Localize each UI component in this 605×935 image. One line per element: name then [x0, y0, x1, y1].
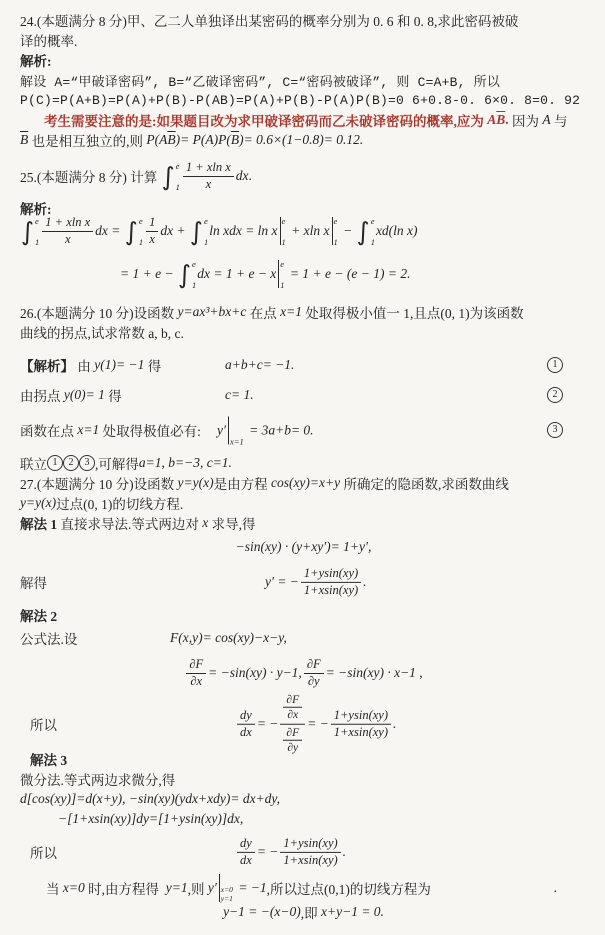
integral: ∫e1 — [21, 215, 39, 248]
text-run: 解法 2 — [20, 605, 57, 625]
math-run: y(1)= −1 — [94, 357, 144, 373]
text-run: 由拐点 — [20, 385, 64, 405]
text-run: 函数在点 — [20, 420, 77, 440]
p27-tangent-line-2: y−1 = −(x−0),即 x+y−1 = 0. — [20, 901, 587, 923]
text-run: 在点 — [246, 302, 280, 322]
integral-lower-limit: 1 — [204, 238, 208, 247]
fraction: dydx — [237, 836, 255, 868]
integral-limits: e1 — [370, 215, 375, 248]
math-run: y′ — [208, 880, 217, 896]
text-run: 微分法.等式两边求微分,得 — [20, 769, 175, 789]
fraction: 1+ysin(xy)1+xsin(xy) — [301, 566, 361, 598]
eval-bar-lower-limit: x=1 — [230, 437, 244, 446]
text-run: 所确定的隐函数,求函数曲线 — [340, 473, 509, 493]
math-run: y′ — [217, 422, 226, 438]
math-run: x — [65, 232, 71, 246]
p27-method2-partials-line: ∂F∂x= −sin(xy) · y−1,∂F∂y= −sin(xy) · x−… — [20, 651, 587, 695]
integral-lower-limit: 1 — [192, 281, 196, 290]
math-run: xd(ln x) — [376, 223, 418, 239]
text-run: 直接求导法.等式两边对 — [57, 513, 202, 533]
text-run: 解得 — [20, 572, 47, 592]
row-formula: c= 1. — [225, 387, 254, 403]
math-run: y=y(x) — [20, 495, 56, 511]
p24-note-line-2: B 也是相互独立的,则 P(AB)= P(A)P(B)= 0.6×(1−0.8)… — [20, 130, 587, 150]
p24-note-line-1: 考生需要注意的是:如果题目改为求甲破译密码而乙未破译密码的概率,应为 AB. 因… — [20, 110, 587, 130]
math-run: = 3a+b= 0. — [246, 422, 314, 438]
text-run: 时,由方程得 — [85, 878, 166, 898]
math-run: A — [487, 112, 496, 128]
fraction-denominator: dx — [237, 725, 255, 741]
eval-bar: x=0y=1 — [219, 872, 233, 905]
fraction: ∂F∂x — [186, 657, 206, 689]
p27-method2-setup-row: 公式法.设F(x,y)= cos(xy)−x−y, — [20, 625, 587, 651]
integral: ∫e1 — [178, 258, 196, 291]
text-run: 26.(本题满分 10 分)设函数 — [20, 302, 178, 322]
fraction-numerator: ∂F — [283, 693, 302, 708]
math-run: 1+xsin(xy) — [334, 725, 388, 739]
fraction-denominator: dx — [237, 853, 255, 869]
text-run: . — [249, 168, 252, 184]
math-run: −sin(xy) · (y+xy′)= 1+y′, — [236, 539, 372, 555]
p24-setup-line: 解设 A=“甲破译密码”, B=“乙破译密码”, C=“密码被破译”, 则 C=… — [20, 70, 587, 90]
p27-method3-eq-1: d[cos(xy)]=d(x+y), −sin(xy)(ydx+xdy)= dx… — [20, 789, 587, 809]
p27-title-line-2: y=y(x)过点(0, 1)的切线方程. — [20, 493, 587, 513]
integral-limits: e1 — [203, 215, 208, 248]
text-run: 当 — [46, 878, 63, 898]
p27-method3-label-line: 解法 3 — [20, 749, 587, 769]
eval-bar-limits: e1 — [279, 258, 284, 291]
math-run: + xln x — [288, 223, 330, 239]
math-run: ∂F — [189, 657, 203, 671]
fraction-denominator: ∂y — [305, 674, 323, 690]
text-run: 24.(本题满分 8 分)甲、乙二人单独译出某密码的概率分别为 0. 6 和 0… — [20, 10, 518, 30]
math-run: a+b+c= −1. — [225, 357, 294, 373]
math-run: = − — [307, 716, 329, 732]
text-run: 25.(本题满分 8 分) 计算 — [20, 166, 161, 186]
p27-method1-result-row: 解得y′ = −1+ysin(xy)1+xsin(xy). — [20, 559, 587, 605]
p24-probability-line: P(C)=P(A+B)=P(A)+P(B)-P(AB)=P(A)+P(B)-P(… — [20, 90, 587, 110]
eval-bar-limits: e1 — [333, 215, 338, 248]
circled-number: 3 — [547, 422, 563, 438]
p24-title-line-2: 译的概率. — [20, 30, 587, 50]
integral: ∫e1 — [357, 215, 375, 248]
fraction: 1x — [146, 215, 158, 247]
fraction-denominator: x — [62, 232, 74, 248]
text-run: 由 — [74, 355, 94, 375]
text-run: 得 — [144, 355, 161, 375]
math-run: = −sin(xy) · x−1 , — [326, 665, 423, 681]
integral-sign: ∫ — [125, 219, 138, 244]
math-run: dx + — [160, 223, 189, 239]
fraction-denominator: x — [203, 177, 215, 193]
integral-upper-limit: e — [35, 217, 39, 226]
fraction: 1 + xln xx — [183, 160, 234, 192]
fraction-numerator: 1+ysin(xy) — [301, 566, 361, 583]
integral: ∫e1 — [162, 160, 180, 193]
math-run: dy — [240, 708, 252, 722]
text-run: 所以 — [30, 714, 57, 734]
integral-upper-limit: e — [139, 217, 143, 226]
p25-solution-line-2: = 1 + e − ∫e1dx = 1 + e − xe1 = 1 + e − … — [20, 254, 587, 294]
text-run: 27.(本题满分 10 分)设函数 — [20, 473, 178, 493]
text-run: 联立 — [20, 453, 47, 473]
fraction-numerator: ∂F — [304, 657, 324, 674]
text-run: 也是相互独立的,则 — [28, 130, 146, 150]
text-run: 解设 A=“甲破译密码”, B=“乙破译密码”, C=“密码被破译”, 则 C=… — [20, 71, 500, 90]
math-run: ∂F — [286, 694, 299, 706]
math-run: = 1 + e − (e − 1) = 2. — [287, 266, 411, 282]
integral-lower-limit: 1 — [139, 238, 143, 247]
circled-number: 3 — [79, 455, 95, 471]
eval-bar-limits: e1 — [281, 215, 286, 248]
row-formula: y′x=1 = 3a+b= 0. — [217, 414, 314, 447]
document-page: 24.(本题满分 8 分)甲、乙二人单独译出某密码的概率分别为 0. 6 和 0… — [0, 0, 605, 923]
math-run: c= 1. — [225, 387, 254, 403]
eval-bar-upper-limit: e — [280, 260, 284, 269]
integral-upper-limit: e — [371, 217, 375, 226]
math-run: B — [231, 132, 239, 148]
integral-sign: ∫ — [162, 164, 175, 189]
fraction: 1+ysin(xy)1+xsin(xy) — [280, 836, 340, 868]
fraction: 1+ysin(xy)1+xsin(xy) — [331, 708, 391, 740]
math-run: dx — [236, 168, 249, 184]
text-run: ,可解得 — [95, 453, 139, 473]
p25-solution-line-1: ∫e11 + xln xxdx = ∫e11xdx + ∫e1ln xdx = … — [20, 210, 587, 252]
row-formula: dydx= −1+ysin(xy)1+xsin(xy). — [235, 836, 346, 868]
fraction-denominator: ∂x — [284, 708, 301, 722]
integral-sign: ∫ — [190, 219, 203, 244]
fraction-denominator: 1+xsin(xy) — [301, 583, 361, 599]
text-run: 解法 3 — [30, 749, 67, 769]
fraction-denominator: ∂x — [187, 674, 205, 690]
circled-number: 2 — [63, 455, 79, 471]
circled-number: 1 — [47, 455, 63, 471]
math-run: y(0)= 1 — [64, 387, 105, 403]
fraction-numerator: ∂F∂x — [280, 692, 305, 725]
math-run: . — [393, 716, 396, 732]
eval-bar-lower-limit: 1 — [280, 281, 284, 290]
fraction-denominator: x — [146, 232, 158, 248]
integral-lower-limit: 1 — [35, 238, 39, 247]
math-run: dx = 1 + e − x — [197, 266, 276, 282]
p27-method2-label-line: 解法 2 — [20, 605, 587, 625]
math-run: x=1 — [280, 304, 302, 320]
math-run: P(A — [146, 132, 167, 148]
p27-tangent-line-1: 当 x=0 时,由方程得 y=1,则 y′x=0y=1 = −1,所以过点(0,… — [20, 875, 587, 901]
eval-bar: e1 — [332, 215, 338, 248]
math-run: = −1 — [235, 880, 267, 896]
fraction-numerator: dy — [237, 836, 255, 853]
p25-title-line: 25.(本题满分 8 分) 计算 ∫e11 + xln xxdx. — [20, 154, 587, 198]
p27-title-line-1: 27.(本题满分 10 分)设函数 y=y(x)是由方程 cos(xy)=x+y… — [20, 473, 587, 493]
row-label: 解得 — [20, 572, 47, 592]
text-run: 译的概率. — [20, 30, 77, 50]
text-run: ,则 — [188, 878, 208, 898]
integral-upper-limit: e — [204, 217, 208, 226]
text-run: 曲线的拐点,试求常数 a, b, c. — [20, 322, 184, 342]
fraction-denominator: 1+xsin(xy) — [280, 853, 340, 869]
fraction-numerator: 1+ysin(xy) — [280, 836, 340, 853]
fraction-numerator: ∂F — [186, 657, 206, 674]
row-formula: y′ = −1+ysin(xy)1+xsin(xy). — [265, 566, 367, 598]
math-run: − — [340, 223, 356, 239]
math-run: ∂x — [287, 709, 298, 721]
text-run: 因为 — [512, 110, 542, 130]
p27-method3-eq-2: −[1+xsin(xy)]dy=[1+ysin(xy)]dx, — [20, 809, 587, 829]
fraction-numerator: 1+ysin(xy) — [331, 708, 391, 725]
math-run: x=1 — [77, 422, 99, 438]
math-run: B — [496, 112, 505, 128]
text-run: 过点(0, 1)的切线方程. — [56, 493, 183, 513]
math-run: ∂y — [308, 674, 320, 688]
math-run: x=0 — [63, 880, 85, 896]
text-run: 得 — [105, 385, 122, 405]
integral-limits: e1 — [175, 160, 180, 193]
math-run: dx = — [95, 223, 124, 239]
integral-sign: ∫ — [178, 262, 191, 287]
eval-bar: x=1 — [228, 414, 244, 447]
p26-equation-row-3: 函数在点 x=1 处取得极值必有:y′x=1 = 3a+b= 0.3 — [20, 410, 587, 450]
eval-bar-limits: x=1 — [229, 414, 244, 447]
text-run: 所以 — [30, 842, 57, 862]
eval-bar-limits: x=0y=1 — [220, 872, 233, 905]
row-label: 所以 — [30, 842, 57, 862]
math-run: y′ = − — [265, 574, 299, 590]
row-label: 公式法.设 — [20, 628, 77, 648]
p27-method3-intro-line: 微分法.等式两边求微分,得 — [20, 769, 587, 789]
integral: ∫e1 — [190, 215, 208, 248]
math-run: x — [149, 232, 155, 246]
math-run: x+y−1 = 0. — [321, 904, 384, 920]
fraction: dydx — [237, 708, 255, 740]
p26-conclusion-line: 联立123,可解得a=1, b=−3, c=1. — [20, 453, 587, 473]
math-run: ∂F — [286, 727, 299, 739]
fraction: 1 + xln xx — [42, 215, 93, 247]
math-run: 1 + xln x — [45, 215, 90, 229]
text-run: . — [554, 880, 587, 896]
row-label: 函数在点 x=1 处取得极值必有: — [20, 420, 201, 440]
math-run: a=1, b=−3, c=1. — [139, 455, 232, 471]
fraction: ∂F∂x∂F∂y — [280, 692, 305, 757]
math-run: −[1+xsin(xy)]dy=[1+ysin(xy)]dx, — [58, 811, 243, 827]
math-run: = − — [257, 844, 279, 860]
text-run: 求导,得 — [208, 513, 255, 533]
fraction-numerator: dy — [237, 708, 255, 725]
math-run: y=y(x) — [178, 475, 214, 491]
math-run: B — [167, 132, 175, 148]
math-run: 1 + xln x — [186, 160, 231, 174]
math-run: dx — [240, 853, 252, 867]
row-label: 【解析】 由 y(1)= −1 得 — [20, 355, 161, 375]
math-run: ln xdx = ln x — [209, 223, 277, 239]
text-run: . — [505, 112, 512, 128]
math-run: 1+xsin(xy) — [304, 583, 358, 597]
eval-bar-upper-limit — [221, 874, 233, 882]
text-run: ,即 — [301, 902, 321, 922]
text-run: P(C)=P(A+B)=P(A)+P(B)-P(AB)=P(A)+P(B)-P(… — [20, 93, 580, 108]
p24-title-line-1: 24.(本题满分 8 分)甲、乙二人单独译出某密码的概率分别为 0. 6 和 0… — [20, 10, 587, 30]
eval-bar-upper-limit: e — [334, 217, 338, 226]
text-run: 处取得极值必有: — [99, 420, 201, 440]
integral-limits: e1 — [191, 258, 196, 291]
fraction-numerator: ∂F — [283, 726, 302, 741]
p26-equation-row-2: 由拐点 y(0)= 1 得c= 1.2 — [20, 380, 587, 410]
math-run: 1 — [149, 215, 155, 229]
math-run: B — [20, 132, 28, 148]
math-run: cos(xy)=x+y — [271, 475, 340, 491]
math-run: )= 0.6×(1−0.8)= 0.12. — [239, 132, 363, 148]
text-run: 考生需要注意的是:如果题目改为求甲破译密码而乙未破译密码的概率,应为 — [44, 110, 487, 130]
eval-bar: e1 — [278, 258, 284, 291]
eval-bar-upper-limit: e — [282, 217, 286, 226]
math-run: x — [206, 177, 212, 191]
p27-method2-result-row: 所以dydx= −∂F∂x∂F∂y= −1+ysin(xy)1+xsin(xy)… — [20, 693, 587, 755]
p27-method1-label-line: 解法 1 直接求导法.等式两边对 x 求导,得 — [20, 513, 587, 533]
p27-method3-result-row: 所以dydx= −1+ysin(xy)1+xsin(xy). — [20, 829, 587, 875]
text-run: 是由方程 — [214, 473, 271, 493]
math-run: . — [343, 844, 346, 860]
math-run: ∂x — [190, 674, 202, 688]
math-run: ∂F — [307, 657, 321, 671]
math-run: dy — [240, 836, 252, 850]
math-run: dx — [240, 725, 252, 739]
math-run: 1+ysin(xy) — [334, 708, 388, 722]
p24-jiexi-label: 解析: — [20, 50, 587, 70]
fraction-numerator: 1 — [146, 215, 158, 232]
eval-bar-upper-limit — [230, 416, 244, 424]
p26-title-line-2: 曲线的拐点,试求常数 a, b, c. — [20, 322, 587, 342]
p26-title-line-1: 26.(本题满分 10 分)设函数 y=ax³+bx+c 在点 x=1 处取得极… — [20, 302, 587, 322]
integral-limits: e1 — [34, 215, 39, 248]
text-run: 解法 1 — [20, 513, 57, 533]
math-run: F(x,y)= cos(xy)−x−y, — [170, 630, 287, 646]
row-formula: a+b+c= −1. — [225, 357, 294, 373]
math-run: = − — [257, 716, 279, 732]
math-run: d[cos(xy)]=d(x+y), −sin(xy)(ydx+xdy)= dx… — [20, 791, 280, 807]
integral-sign: ∫ — [21, 219, 34, 244]
text-run: 公式法.设 — [20, 628, 77, 648]
math-run: 1+ysin(xy) — [283, 836, 337, 850]
math-run: y=1 — [166, 880, 188, 896]
text-run: 与 — [551, 110, 568, 130]
math-run: A — [542, 112, 550, 128]
circled-number: 2 — [547, 387, 563, 403]
fraction: ∂F∂y — [304, 657, 324, 689]
eval-bar-lower-limit: 1 — [334, 238, 338, 247]
integral-upper-limit: e — [192, 260, 196, 269]
row-formula: dydx= −∂F∂x∂F∂y= −1+ysin(xy)1+xsin(xy). — [235, 692, 396, 757]
math-run: . — [363, 574, 366, 590]
fraction-numerator: 1 + xln x — [183, 160, 234, 177]
math-run: 1+ysin(xy) — [304, 566, 358, 580]
fraction-numerator: 1 + xln x — [42, 215, 93, 232]
row-label: 所以 — [30, 714, 57, 734]
row-label: 由拐点 y(0)= 1 得 — [20, 385, 122, 405]
math-run: = −sin(xy) · y−1, — [208, 665, 302, 681]
math-run: )= P(A)P( — [176, 132, 231, 148]
text-run: 处取得极小值一 1,且点(0, 1)为该函数 — [302, 302, 524, 322]
integral-lower-limit: 1 — [371, 238, 375, 247]
integral-lower-limit: 1 — [176, 183, 180, 192]
p27-method1-eq-1: −sin(xy) · (y+xy′)= 1+y′, — [20, 535, 587, 559]
math-run: 1+xsin(xy) — [283, 853, 337, 867]
fraction: ∂F∂x — [283, 693, 302, 723]
text-run: ,所以过点(0,1)的切线方程为 — [267, 878, 431, 898]
text-run: 解析: — [20, 50, 52, 70]
text-run: 【解析】 — [20, 355, 74, 375]
math-run: y−1 = −(x−0) — [223, 904, 301, 920]
fraction-denominator: 1+xsin(xy) — [331, 725, 391, 741]
math-run: = 1 + e − — [120, 266, 177, 282]
eval-bar: e1 — [280, 215, 286, 248]
integral: ∫e1 — [125, 215, 143, 248]
eval-bar-lower-limit: 1 — [282, 238, 286, 247]
row-formula: F(x,y)= cos(xy)−x−y, — [170, 630, 287, 646]
circled-number: 1 — [547, 357, 563, 373]
math-run: y=ax³+bx+c — [178, 304, 247, 320]
integral-limits: e1 — [138, 215, 143, 248]
integral-upper-limit: e — [176, 162, 180, 171]
p26-equation-row-1: 【解析】 由 y(1)= −1 得a+b+c= −1.1 — [20, 350, 587, 380]
integral-sign: ∫ — [357, 219, 370, 244]
